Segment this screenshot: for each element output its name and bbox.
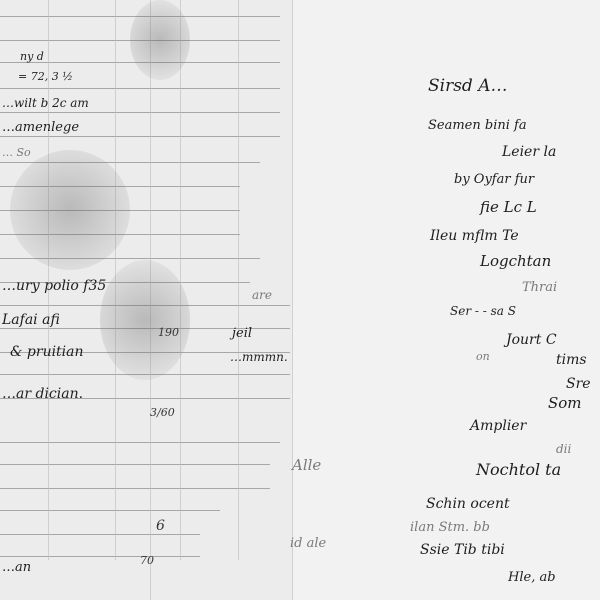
handwritten-line: Schin ocent (426, 496, 510, 512)
handwritten-line: Hle, ab (508, 570, 556, 585)
ink-stain (130, 0, 190, 80)
handwritten-line: Lafai afi (2, 312, 60, 328)
handwritten-line: & pruitian (10, 344, 84, 360)
ledger-number: 190 (158, 326, 179, 339)
ink-stain (10, 150, 130, 270)
handwritten-line: Ser - - sa S (450, 304, 516, 318)
handwritten-line: …an (2, 560, 31, 575)
handwritten-line: id ale (290, 536, 326, 551)
handwritten-line: jeil (232, 326, 252, 341)
column-line (180, 0, 181, 560)
handwritten-line: Amplier (470, 418, 526, 434)
column-line (238, 0, 239, 560)
handwritten-line: fie Lc L (480, 198, 537, 216)
ledger-number: 6 (156, 518, 165, 534)
handwritten-line: dii (556, 442, 571, 456)
handwritten-line: …amenlege (2, 120, 79, 135)
ruled-line (0, 464, 270, 465)
handwritten-line: Ileu mflm Te (430, 228, 519, 244)
handwritten-line: Alle (292, 456, 321, 474)
handwritten-line: … So (2, 146, 31, 159)
handwritten-line: …ar dician. (2, 386, 83, 402)
handwritten-line: tims (556, 352, 587, 368)
handwritten-line: Logchtan (480, 252, 551, 270)
handwritten-line: ny d (20, 50, 44, 63)
handwritten-line: Ssie Tib tibi (420, 542, 505, 558)
ruled-line (0, 488, 270, 489)
ruled-line (0, 556, 200, 557)
handwritten-line: on (476, 350, 490, 363)
left-ledger-page (0, 0, 292, 600)
handwritten-line: …mmmn. (230, 350, 288, 364)
handwritten-line: = 72, 3 ½ (18, 70, 73, 83)
handwritten-line: Thrai (522, 280, 557, 295)
handwritten-line: Sre (566, 376, 591, 392)
letter-salutation: Sirsd A… (428, 76, 508, 96)
handwritten-line: ilan Stm. bb (410, 520, 490, 535)
ruled-line (0, 534, 200, 535)
ledger-number: 70 (140, 554, 154, 567)
ink-stain (100, 260, 190, 380)
ledger-number: 3/60 (150, 406, 175, 419)
handwritten-line: Jourt C (506, 332, 557, 348)
scanned-document: ny d = 72, 3 ½ …wilt b 2c am …amenlege …… (0, 0, 600, 600)
handwritten-line: by Oyfar fur (454, 172, 534, 187)
ruled-line (0, 510, 220, 511)
handwritten-line: Seamen bini fa (428, 118, 527, 133)
handwritten-line: Leier la (502, 144, 556, 160)
handwritten-line: are (252, 288, 272, 302)
handwritten-line: Som (548, 394, 582, 412)
handwritten-line: …ury polio f35 (2, 278, 106, 294)
handwritten-line: Nochtol ta (476, 460, 561, 479)
handwritten-line: …wilt b 2c am (2, 96, 89, 110)
